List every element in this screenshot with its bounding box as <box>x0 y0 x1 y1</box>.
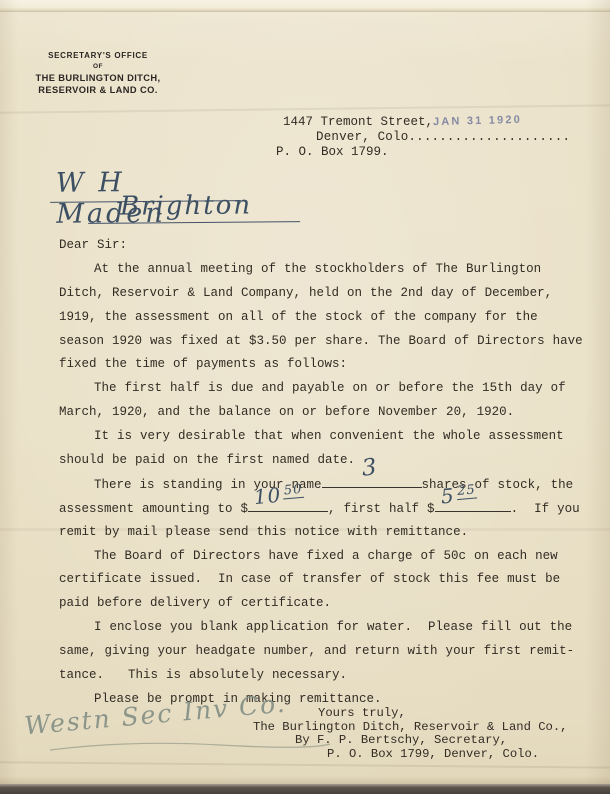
letterhead-of-line: OF <box>26 63 170 70</box>
assessment-cents: 50 <box>282 482 304 500</box>
body-line: The first half is due and payable on or … <box>59 377 604 401</box>
date-stamp: JAN 31 1920 <box>433 114 522 128</box>
first-half-cents: 25 <box>455 482 477 500</box>
shares-blank-line: 3 <box>322 473 422 488</box>
scanned-letter-page: SECRETARY'S OFFICE OF THE BURLINGTON DIT… <box>0 0 610 794</box>
body-line: remit by mail please send this notice wi… <box>59 521 604 545</box>
body-line: tance. This is absolutely necessary. <box>59 664 604 688</box>
amount-line-text-2: , first half $ <box>328 502 435 516</box>
letterhead-company-line-1: THE BURLINGTON DITCH, <box>26 73 170 83</box>
paper-top-edge <box>0 0 610 12</box>
body-line: should be paid on the first named date. <box>59 449 604 473</box>
assessment-amount-blank: 1050 <box>248 497 328 512</box>
letterhead-office-line: SECRETARY'S OFFICE <box>26 51 170 60</box>
address-block: 1447 Tremont Street, Denver, Colo.......… <box>276 115 570 161</box>
body-line: paid before delivery of certificate. <box>59 592 604 616</box>
amount-line-text-3: . If you <box>511 502 580 516</box>
amount-line-text-1: assessment amounting to $ <box>59 502 248 516</box>
body-line: 1919, the assessment on all of the stock… <box>59 306 604 330</box>
handwritten-assessment-amount: 1050 <box>253 482 303 513</box>
letterhead-company-line-2: RESERVOIR & LAND CO. <box>26 85 170 95</box>
address-po-box: P. O. Box 1799. <box>276 145 570 160</box>
first-half-amount-blank: 525 <box>435 497 511 512</box>
letter-body: Dear Sir: At the annual meeting of the s… <box>59 234 604 712</box>
body-line-amounts: assessment amounting to $1050, first hal… <box>59 497 604 521</box>
handwritten-shares-value: 3 <box>360 456 377 481</box>
first-half-dollars: 5 <box>439 483 455 508</box>
body-line: fixed the time of payments as follows: <box>59 353 604 377</box>
address-city-dotted-line: Denver, Colo..................... <box>276 130 570 145</box>
body-line: same, giving your headgate number, and r… <box>59 640 604 664</box>
paper-crease <box>0 104 610 114</box>
handwritten-first-half-amount: 525 <box>439 482 475 512</box>
body-line: I enclose you blank application for wate… <box>59 616 604 640</box>
annotation-underline-flourish <box>40 736 340 756</box>
body-line: The Board of Directors have fixed a char… <box>59 545 604 569</box>
body-line: At the annual meeting of the stockholder… <box>59 258 604 282</box>
body-line-shares: There is standing in your name3shares of… <box>59 473 604 497</box>
salutation: Dear Sir: <box>59 234 604 258</box>
body-line: certificate issued. In case of transfer … <box>59 568 604 592</box>
address-street: 1447 Tremont Street, <box>276 115 570 130</box>
body-line: season 1920 was fixed at $3.50 per share… <box>59 330 604 354</box>
body-line: It is very desirable that when convenien… <box>59 425 604 449</box>
paper-crease <box>0 761 610 769</box>
letterhead: SECRETARY'S OFFICE OF THE BURLINGTON DIT… <box>26 51 170 95</box>
body-line: Ditch, Reservoir & Land Company, held on… <box>59 282 604 306</box>
assessment-dollars: 10 <box>253 483 282 509</box>
paper-bottom-shadow <box>0 776 610 784</box>
handwritten-recipient-city: Brighton <box>88 190 300 224</box>
scanner-bottom-edge <box>0 784 610 794</box>
body-line: March, 1920, and the balance on or befor… <box>59 401 604 425</box>
